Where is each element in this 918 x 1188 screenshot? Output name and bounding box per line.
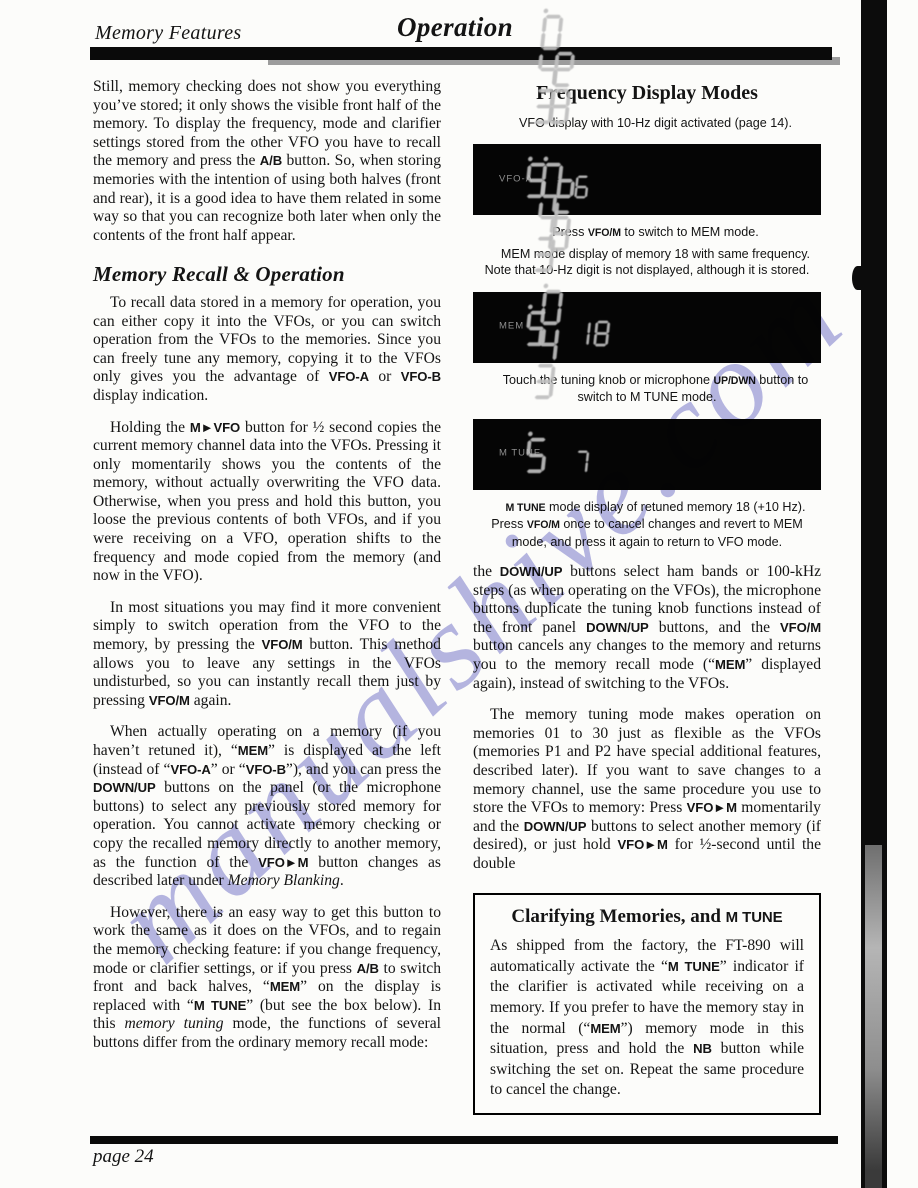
note-box: Clarifying Memories, and M TUNE As shipp… [473, 893, 821, 1115]
paragraph: In most situations you may find it more … [93, 599, 441, 711]
figure-heading: Frequency Display Modes [473, 84, 821, 103]
paragraph: However, there is an easy way to get thi… [93, 904, 441, 1053]
page-number: page 24 [93, 1146, 154, 1168]
lcd-display-mem: MEM [473, 292, 821, 363]
paragraph: Holding the M►VFO button for ½ second co… [93, 419, 441, 586]
manual-page: Memory Features Operation Still, memory … [0, 0, 918, 1188]
lcd-mode-label: MEM [499, 318, 524, 337]
note-box-title-text: Clarifying Memories, and [511, 906, 725, 927]
lcd-display-vfo: VFO-A [473, 144, 821, 215]
section-heading: Memory Recall & Operation [93, 265, 441, 284]
running-title: Memory Features [95, 22, 242, 45]
lcd-display-mtune: M TUNE [473, 419, 821, 490]
note-box-title-mtune: M TUNE [726, 909, 783, 926]
footer-rule [90, 1136, 838, 1144]
lcd-subdigit [571, 450, 592, 474]
figure-caption: Touch the tuning knob or microphone UP/D… [473, 372, 821, 406]
paragraph: When actually operating on a memory (if … [93, 723, 441, 890]
figure-caption: Press VFO/M to switch to MEM mode. [473, 224, 821, 242]
left-column: Still, memory checking does not show you… [93, 78, 441, 1066]
note-box-body: As shipped from the factory, the FT-890 … [490, 936, 804, 1101]
figure-caption: MEM mode display of memory 18 with same … [473, 246, 821, 279]
figure-caption: M TUNE mode display of retuned memory 18… [473, 499, 821, 551]
paragraph: the DOWN/UP buttons select ham bands or … [473, 563, 821, 693]
note-box-title: Clarifying Memories, and M TUNE [490, 908, 804, 928]
header-rule [90, 47, 832, 60]
figure-caption: VFO display with 10-Hz digit activated (… [473, 115, 821, 132]
scan-artifact-strip [861, 0, 887, 1188]
paragraph: The memory tuning mode makes operation o… [473, 706, 821, 873]
scan-artifact-core [865, 845, 882, 1188]
right-column: Frequency Display Modes VFO display with… [473, 84, 821, 1115]
paragraph: Still, memory checking does not show you… [93, 78, 441, 245]
paragraph: To recall data stored in a memory for op… [93, 294, 441, 406]
